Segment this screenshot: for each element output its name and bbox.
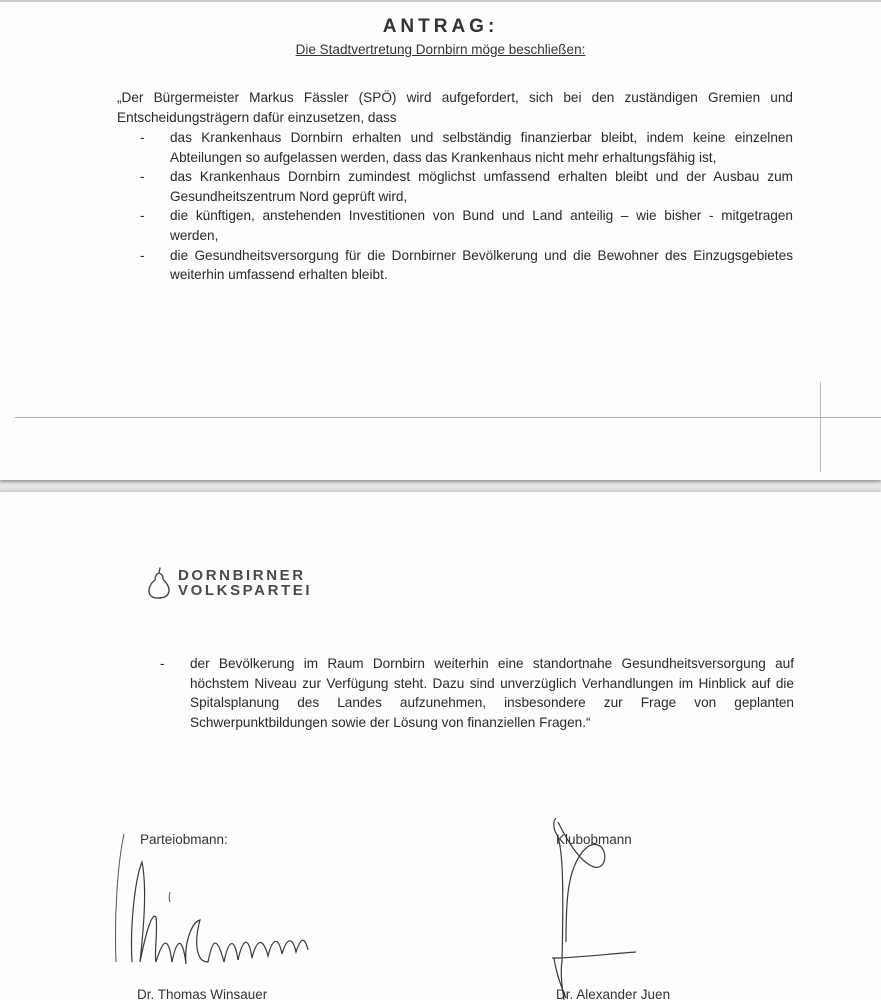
demands-list-continued: -der Bevölkerung im Raum Dornbirn weiter… (160, 654, 794, 732)
bullet-dash: - (140, 206, 160, 226)
document-page-2: DORNBIRNER VOLKSPARTEI -der Bevölkerung … (0, 492, 881, 1000)
signature-winsauer (112, 822, 342, 982)
demands-list: -das Krankenhaus Dornbirn erhalten und s… (140, 128, 793, 285)
signature-name-1: Dr. Thomas Winsauer (137, 987, 267, 1000)
document-subtitle: Die Stadtvertretung Dornbirn möge beschl… (0, 42, 881, 57)
list-item: -der Bevölkerung im Raum Dornbirn weiter… (160, 654, 794, 732)
pear-icon (148, 567, 170, 599)
bullet-dash: - (160, 654, 180, 674)
logo-text: DORNBIRNER VOLKSPARTEI (178, 568, 312, 598)
document-title: ANTRAG: (0, 16, 881, 38)
logo-line-1: DORNBIRNER (178, 568, 312, 583)
list-item: -das Krankenhaus Dornbirn zumindest mögl… (140, 167, 793, 206)
bullet-dash: - (140, 128, 160, 148)
scan-edge-line (820, 382, 821, 472)
document-page-1: ANTRAG: Die Stadtvertretung Dornbirn mög… (0, 0, 881, 480)
signature-juen (540, 812, 680, 1000)
logo-line-2: VOLKSPARTEI (178, 583, 312, 598)
list-item-text: das Krankenhaus Dornbirn zumindest mögli… (170, 169, 793, 204)
list-item: -die Gesundheitsversorgung für die Dornb… (140, 246, 793, 285)
list-item-text: die Gesundheitsversorgung für die Dornbi… (170, 248, 793, 283)
party-logo: DORNBIRNER VOLKSPARTEI (148, 567, 312, 599)
signature-name-2: Dr. Alexander Juen (556, 987, 670, 1000)
list-item-text: der Bevölkerung im Raum Dornbirn weiterh… (190, 656, 794, 730)
intro-paragraph: „Der Bürgermeister Markus Fässler (SPÖ) … (117, 88, 793, 128)
list-item: -das Krankenhaus Dornbirn erhalten und s… (140, 128, 793, 167)
list-item-text: die künftigen, anstehenden Investitionen… (170, 208, 793, 243)
list-item: -die künftigen, anstehenden Investitione… (140, 206, 793, 245)
list-item-text: das Krankenhaus Dornbirn erhalten und se… (170, 130, 793, 165)
scan-rule-line (15, 417, 881, 418)
bullet-dash: - (140, 246, 160, 266)
bullet-dash: - (140, 167, 160, 187)
